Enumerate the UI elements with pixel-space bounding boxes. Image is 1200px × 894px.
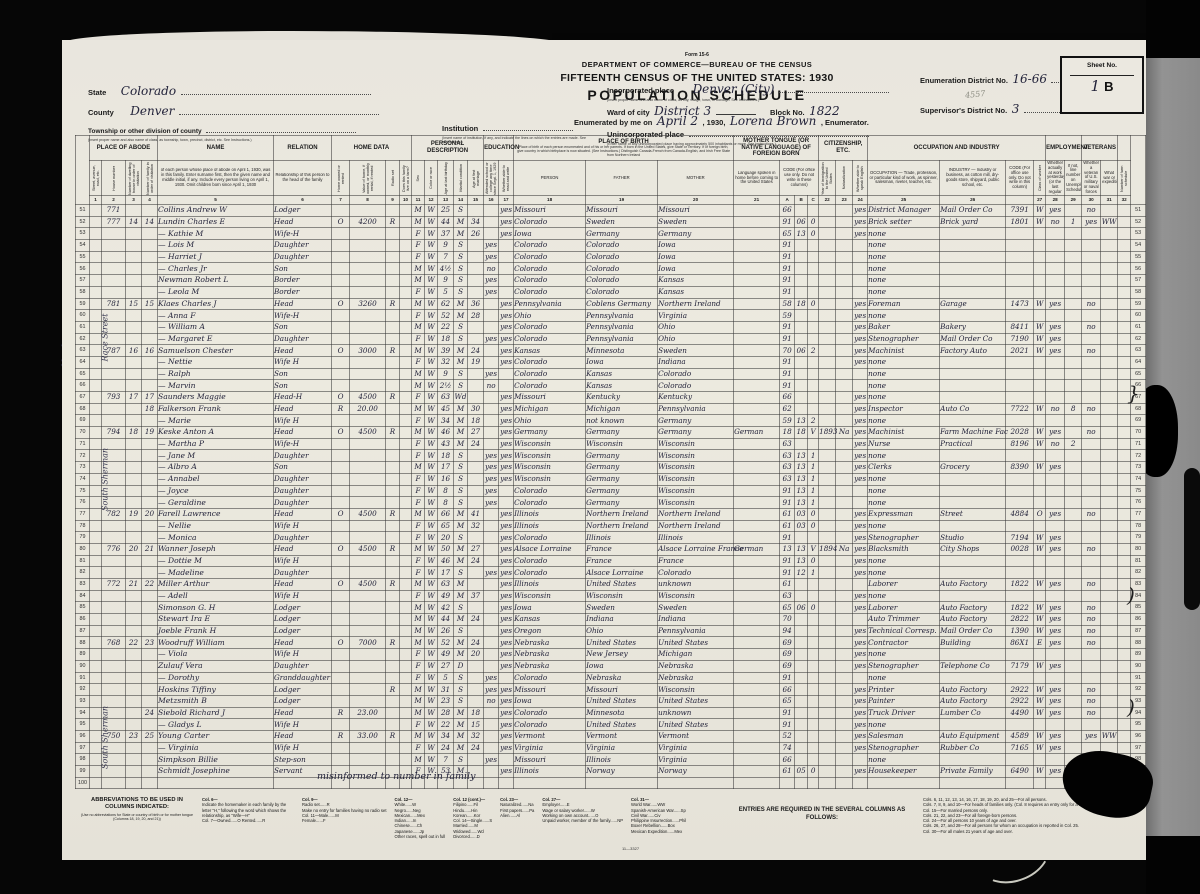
cell-dw (126, 602, 142, 614)
cell-imm (819, 532, 836, 544)
table-row: 61— William ASonMW22SyesColoradoPennsylv… (76, 321, 1146, 333)
cell-cC (808, 672, 819, 684)
cell-nat (836, 742, 853, 754)
cell-race: W (425, 275, 438, 287)
cell-fam (142, 333, 158, 345)
abbr-column: Col. 31—World War......WWSpanish-America… (631, 797, 686, 839)
cell-cC: 0 (808, 555, 819, 567)
cell-sex: M (412, 695, 425, 707)
cell-occ: Expressman (868, 508, 940, 520)
column-number: 20 (658, 196, 734, 205)
cell-sex: F (412, 485, 425, 497)
column-number: 22 (819, 196, 836, 205)
cell-own: O (332, 543, 350, 555)
cell-war (1101, 345, 1118, 357)
cell-rw: yes (499, 427, 514, 439)
cell-rw: yes (499, 684, 514, 696)
cell-house (102, 251, 126, 263)
cell-war (1101, 427, 1118, 439)
cell-val (350, 368, 386, 380)
cell-race: W (425, 298, 438, 310)
cell-nat (836, 228, 853, 240)
line-number: 98 (76, 754, 90, 766)
cell-war (1101, 508, 1118, 520)
cell-own (332, 380, 350, 392)
cell-vet (1082, 497, 1101, 509)
cell-dw (126, 672, 142, 684)
cell-tng (734, 754, 780, 766)
table-row: 55— Harriet JDaughterFW7SyesColoradoColo… (76, 251, 1146, 263)
cell-name: — Madeline (158, 567, 274, 579)
line-number: 63 (76, 345, 90, 357)
cell-cB (795, 684, 808, 696)
cell-age: 63 (438, 579, 454, 591)
cell-mar: M (454, 719, 468, 731)
cell-eng: yes (853, 520, 868, 532)
cell-ind: Street (940, 508, 1006, 520)
cell-ue (1065, 742, 1082, 754)
cell-tng (734, 730, 780, 742)
cell-ind: Building (940, 637, 1006, 649)
cell-val (350, 286, 386, 298)
cell-age: 66 (438, 508, 454, 520)
cell-name: — Virginia (158, 742, 274, 754)
line-number: 90 (1131, 660, 1146, 672)
cell-bpp: Colorado (514, 555, 586, 567)
table-row: 527771414Lundin Charles EHeadO4200RMW44M… (76, 216, 1146, 228)
cell-cC: 1 (808, 450, 819, 462)
cell-sch: no (484, 263, 499, 275)
cell-ue (1065, 672, 1082, 684)
cell-farm (400, 356, 412, 368)
cell-nat (836, 672, 853, 684)
cell-bpf: Kentucky (586, 392, 658, 404)
table-row: 71— Martha PWife-HFW43M24yesWisconsinWis… (76, 438, 1146, 450)
cell-sch (484, 543, 499, 555)
cell-occ (868, 777, 940, 789)
cell-ind (940, 754, 1006, 766)
cell-tng: German (734, 427, 780, 439)
cell-mar: M (454, 614, 468, 626)
cell-cA: 91 (780, 251, 795, 263)
cell-bpp: Colorado (514, 368, 586, 380)
cell-am: 24 (468, 742, 484, 754)
cell-vet (1082, 649, 1101, 661)
cell-bpm: Iowa (658, 240, 734, 252)
cell-eng: yes (853, 766, 868, 778)
cell-cls: W (1034, 205, 1046, 217)
cell-dw (126, 450, 142, 462)
cell-race: W (425, 649, 438, 661)
cell-race: W (425, 251, 438, 263)
cell-rad (386, 205, 400, 217)
column-header: FATHER (586, 161, 658, 196)
cell-own: R (332, 707, 350, 719)
cell-rad (386, 240, 400, 252)
cell-code: 8411 (1006, 321, 1034, 333)
cell-war (1101, 590, 1118, 602)
cell-race: W (425, 228, 438, 240)
cell-fs (1118, 485, 1131, 497)
table-row: 60— Anna FWife-HFW52M28yesOhioPennsylvan… (76, 310, 1146, 322)
cell-eng: yes (853, 625, 868, 637)
cell-ind: Auto Factory (940, 695, 1006, 707)
cell-farm (400, 240, 412, 252)
cell-cA: 91 (780, 216, 795, 228)
cell-bpm: Wisconsin (658, 485, 734, 497)
cell-cB: 13 (795, 555, 808, 567)
cell-bpf: Germany (586, 450, 658, 462)
cell-street (90, 205, 102, 217)
cell-fs (1118, 625, 1131, 637)
cell-occ: Baker (868, 321, 940, 333)
cell-am (468, 497, 484, 509)
cell-race: W (425, 497, 438, 509)
cell-wk: yes (1046, 707, 1065, 719)
cell-mar: S (454, 754, 468, 766)
county-value: Denver (130, 104, 174, 118)
cell-cls (1034, 672, 1046, 684)
cell-sex: F (412, 660, 425, 672)
cell-fam: 19 (142, 427, 158, 439)
column-number: C (808, 196, 819, 205)
cell-bpf: Iowa (586, 660, 658, 672)
line-number: 82 (76, 567, 90, 579)
cell-wk: yes (1046, 532, 1065, 544)
cell-fs (1118, 649, 1131, 661)
cell-ind (940, 263, 1006, 275)
table-row: 84— AdellWife HFW49M37yesWisconsinWiscon… (76, 590, 1146, 602)
cell-occ: none (868, 310, 940, 322)
cell-own (332, 473, 350, 485)
cell-cC (808, 263, 819, 275)
cell-wk: yes (1046, 660, 1065, 672)
cell-dw (126, 590, 142, 602)
cell-vet: no (1082, 321, 1101, 333)
cell-tng (734, 450, 780, 462)
column-number: 25 (868, 196, 940, 205)
cell-bpf: Minnesota (586, 345, 658, 357)
cell-imm (819, 286, 836, 298)
cell-val (350, 614, 386, 626)
cell-cB: 13 (795, 485, 808, 497)
cell-vet (1082, 415, 1101, 427)
cell-cC: 0 (808, 602, 819, 614)
cell-vet (1082, 368, 1101, 380)
cell-nat (836, 392, 853, 404)
table-row: 82— MadelineDaughterFW17SyesyesColoradoA… (76, 567, 1146, 579)
cell-street (90, 403, 102, 415)
cell-own (332, 310, 350, 322)
cell-fam (142, 473, 158, 485)
cell-nat (836, 777, 853, 789)
sheet-value: 1 (1090, 77, 1100, 95)
table-row: 54— Lois MDaughterFW9SyesColoradoColorad… (76, 240, 1146, 252)
cell-dw (126, 462, 142, 474)
cell-mar: M (454, 508, 468, 520)
cell-ue (1065, 532, 1082, 544)
column-header: Street, avenue, road, etc. (90, 161, 102, 196)
cell-ue (1065, 462, 1082, 474)
cell-cA: 69 (780, 649, 795, 661)
cell-occ: none (868, 473, 940, 485)
cell-eng: yes (853, 719, 868, 731)
cell-house (102, 590, 126, 602)
table-row: 89— ViolaWife HFW49M20yesNebraskaNew Jer… (76, 649, 1146, 661)
cell-cB: 03 (795, 520, 808, 532)
cell-farm (400, 543, 412, 555)
line-number: 56 (76, 263, 90, 275)
cell-name: — Dottie M (158, 555, 274, 567)
cell-val: 23.00 (350, 707, 386, 719)
cell-own (332, 532, 350, 544)
cell-eng: yes (853, 602, 868, 614)
cell-occ: Stenographer (868, 333, 940, 345)
cell-age: 62 (438, 298, 454, 310)
cell-own (332, 356, 350, 368)
cell-cB (795, 672, 808, 684)
incorporated-label: Incorporated place (607, 86, 674, 95)
cell-occ: none (868, 286, 940, 298)
cell-eng: yes (853, 555, 868, 567)
enumerator-brace-mark: ) (1127, 583, 1135, 607)
line-number: 81 (1131, 555, 1146, 567)
cell-wk: yes (1046, 298, 1065, 310)
sub-header-row: Street, avenue, road, etc.House numberNu… (76, 161, 1146, 196)
cell-fs (1118, 462, 1131, 474)
cell-rad (386, 450, 400, 462)
cell-val (350, 438, 386, 450)
cell-age: 25 (438, 205, 454, 217)
cell-wk: yes (1046, 742, 1065, 754)
cell-bpf: Wisconsin (586, 438, 658, 450)
cell-race: W (425, 473, 438, 485)
cell-house (102, 263, 126, 275)
state-row: State Colorado (88, 82, 371, 100)
cell-name: Samuelson Chester (158, 345, 274, 357)
cell-cA: 65 (780, 602, 795, 614)
cell-wk (1046, 310, 1065, 322)
cell-street (90, 614, 102, 626)
cell-bpf: Missouri (586, 684, 658, 696)
cell-eng: yes (853, 532, 868, 544)
department-title: DEPARTMENT OF COMMERCE—BUREAU OF THE CEN… (482, 60, 912, 69)
cell-cB: 13 (795, 450, 808, 462)
cell-fs (1118, 730, 1131, 742)
cell-war (1101, 286, 1118, 298)
cell-name: — Annabel (158, 473, 274, 485)
line-number: 75 (1131, 485, 1146, 497)
cell-own: O (332, 345, 350, 357)
cell-cC (808, 730, 819, 742)
cell-dw (126, 205, 142, 217)
column-header: Class of worker (1034, 161, 1046, 196)
cell-own: O (332, 298, 350, 310)
cell-fs (1118, 660, 1131, 672)
cell-wk: yes (1046, 625, 1065, 637)
line-number: 85 (76, 602, 90, 614)
cell-eng: yes (853, 216, 868, 228)
cell-fam (142, 754, 158, 766)
cell-cB (795, 286, 808, 298)
cell-rel: Wife H (274, 742, 332, 754)
column-number: 18 (514, 196, 586, 205)
cell-bpm: Virginia (658, 742, 734, 754)
state-label: State (88, 88, 106, 97)
line-column-header (76, 136, 90, 205)
cell-vet: no (1082, 205, 1101, 217)
cell-cB (795, 719, 808, 731)
column-number: 17 (499, 196, 514, 205)
cell-age: 49 (438, 590, 454, 602)
scan-shadow (1146, 836, 1200, 894)
cell-occ: none (868, 228, 940, 240)
abbr-line: Naturalized......Na (500, 802, 534, 807)
cell-code (1006, 555, 1034, 567)
cell-own (332, 462, 350, 474)
cell-ue: 8 (1065, 403, 1082, 415)
cell-am (468, 602, 484, 614)
cell-cB (795, 310, 808, 322)
column-number: 23 (836, 196, 853, 205)
enumeration-district-label: Enumeration District No. (920, 76, 1008, 85)
cell-imm (819, 310, 836, 322)
cell-fam (142, 368, 158, 380)
cell-cls: W (1034, 742, 1046, 754)
cell-race: W (425, 310, 438, 322)
cell-tng (734, 508, 780, 520)
cell-cA: 91 (780, 719, 795, 731)
cell-sex: M (412, 298, 425, 310)
cell-bpp: Colorado (514, 240, 586, 252)
cell-farm (400, 625, 412, 637)
line-number: 70 (1131, 427, 1146, 439)
cell-rad (386, 462, 400, 474)
column-number: 5 (158, 196, 274, 205)
cell-rad (386, 742, 400, 754)
cell-nat (836, 310, 853, 322)
enumerator-brace-mark: ) (1127, 695, 1135, 719)
cell-race: W (425, 532, 438, 544)
cell-cls: W (1034, 625, 1046, 637)
cell-fs (1118, 310, 1131, 322)
cell-fam (142, 777, 158, 789)
cell-farm (400, 579, 412, 591)
cell-farm (400, 637, 412, 649)
cell-bpm: Sweden (658, 216, 734, 228)
cell-code (1006, 286, 1034, 298)
cell-fam (142, 672, 158, 684)
cell-race: W (425, 754, 438, 766)
cell-code: 1822 (1006, 579, 1034, 591)
cell-nat (836, 333, 853, 345)
cell-tng (734, 695, 780, 707)
cell-farm (400, 742, 412, 754)
line-number: 59 (76, 298, 90, 310)
cell-eng: yes (853, 392, 868, 404)
cell-wk: yes (1046, 345, 1065, 357)
cell-dw: 21 (126, 579, 142, 591)
line-number: 70 (76, 427, 90, 439)
cell-own (332, 228, 350, 240)
cell-rel: Wife H (274, 415, 332, 427)
cell-wk (1046, 555, 1065, 567)
cell-cB: 18 (795, 427, 808, 439)
cell-imm (819, 392, 836, 404)
cell-rad: R (386, 427, 400, 439)
cell-am (468, 579, 484, 591)
cell-nat (836, 240, 853, 252)
cell-bpm: Virginia (658, 754, 734, 766)
table-row: 90Zulauf VeraDaughterFW27DyesNebraskaIow… (76, 660, 1146, 672)
cell-imm (819, 649, 836, 661)
cell-code: 0028 (1006, 543, 1034, 555)
column-number-row: 123456789101112131415161718192021ABC2223… (76, 196, 1146, 205)
column-header: Age at first marriage (468, 161, 484, 196)
cell-dw (126, 532, 142, 544)
cell-bpp: Colorado (514, 719, 586, 731)
cell-imm (819, 298, 836, 310)
cell-cA: 61 (780, 508, 795, 520)
cell-imm (819, 216, 836, 228)
cell-mar: M (454, 543, 468, 555)
cell-fam: 16 (142, 345, 158, 357)
cell-tng (734, 298, 780, 310)
line-number: 93 (76, 695, 90, 707)
cell-am: 20 (468, 649, 484, 661)
line-number: 95 (76, 719, 90, 731)
cell-cls: W (1034, 333, 1046, 345)
cell-vet: no (1082, 403, 1101, 415)
cell-code: 2922 (1006, 684, 1034, 696)
cell-am (468, 321, 484, 333)
cell-war (1101, 275, 1118, 287)
column-header: OCCUPATION — Trade, profession, or parti… (868, 161, 940, 196)
cell-name: Wanner Joseph (158, 543, 274, 555)
cell-street (90, 660, 102, 672)
cell-nat (836, 205, 853, 217)
cell-war (1101, 321, 1118, 333)
abbr-column: Col. 23—Naturalized......NaFirst papers.… (500, 797, 534, 839)
cell-cB: 13 (795, 415, 808, 427)
column-header: CODE (For office use only. Do not write … (780, 161, 819, 196)
cell-tng (734, 532, 780, 544)
cell-fam (142, 251, 158, 263)
cell-ue (1065, 719, 1082, 731)
cell-sex: M (412, 602, 425, 614)
column-header: Value of home, if owned, or monthly rent… (350, 161, 386, 196)
cell-own (332, 333, 350, 345)
cell-cB: 03 (795, 508, 808, 520)
cell-nat (836, 380, 853, 392)
cell-rel: Daughter (274, 532, 332, 544)
cell-rw: yes (499, 579, 514, 591)
cell-war (1101, 497, 1118, 509)
cell-own (332, 649, 350, 661)
cell-val: 4200 (350, 216, 386, 228)
cell-bpp: Colorado (514, 321, 586, 333)
cell-vet: no (1082, 345, 1101, 357)
cell-cA: 63 (780, 462, 795, 474)
cell-rw (499, 497, 514, 509)
cell-eng: yes (853, 462, 868, 474)
cell-race: W (425, 508, 438, 520)
cell-farm (400, 205, 412, 217)
cell-tng (734, 520, 780, 532)
sheet-number-box: Sheet No. 1 B (1060, 56, 1144, 114)
cell-race: W (425, 415, 438, 427)
cell-wk (1046, 473, 1065, 485)
